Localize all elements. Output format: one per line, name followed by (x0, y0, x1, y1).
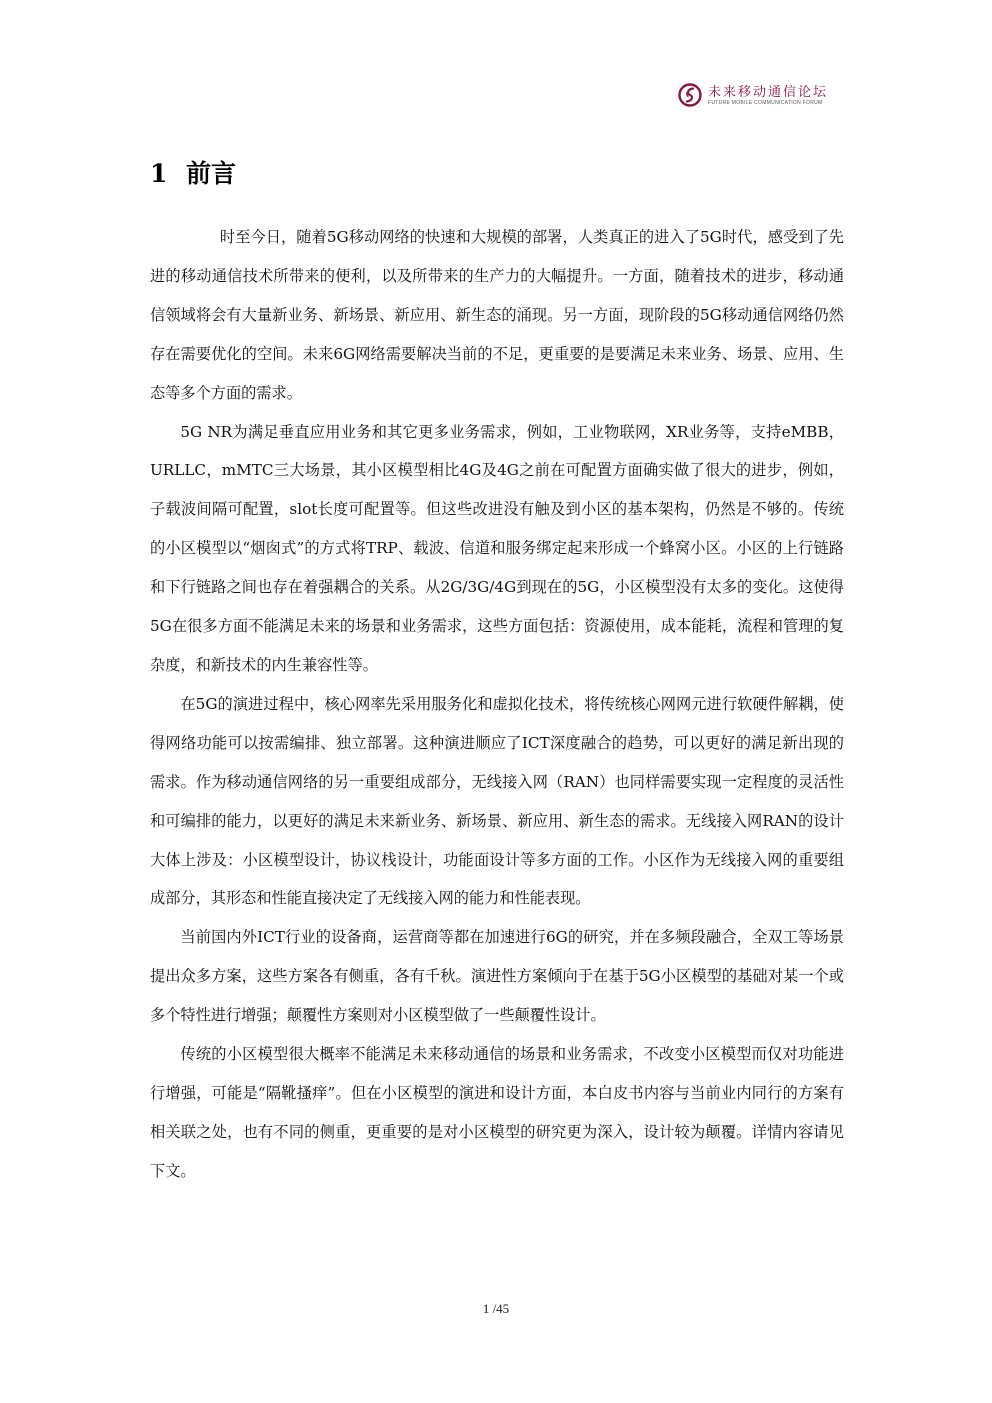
logo-text: 未来移动通信论坛 Future Mobile Communication For… (708, 85, 828, 106)
section-number: 1 (150, 156, 186, 192)
header-logo: 未来移动通信论坛 Future Mobile Communication For… (678, 80, 828, 110)
paragraph: 5G NR为满足垂直应用业务和其它更多业务需求，例如，工业物联网，XR业务等，支… (150, 413, 844, 685)
section-heading: 1前言 (150, 156, 236, 192)
body-content: 时至今日，随着5G移动网络的快速和大规模的部署，人类真正的进入了5G时代，感受到… (150, 218, 844, 1191)
section-title: 前言 (186, 159, 236, 188)
paragraph: 时至今日，随着5G移动网络的快速和大规模的部署，人类真正的进入了5G时代，感受到… (150, 218, 844, 413)
forum-logo-icon (678, 83, 702, 107)
document-page: 未来移动通信论坛 Future Mobile Communication For… (0, 0, 992, 1403)
logo-english-name: Future Mobile Communication Forum (708, 100, 828, 106)
page-number: 1 /45 (0, 1301, 992, 1317)
paragraph: 传统的小区模型很大概率不能满足未来移动通信的场景和业务需求，不改变小区模型而仅对… (150, 1035, 844, 1191)
paragraph: 当前国内外ICT行业的设备商，运营商等都在加速进行6G的研究，并在多频段融合，全… (150, 918, 844, 1035)
logo-chinese-name: 未来移动通信论坛 (708, 85, 828, 100)
paragraph: 在5G的演进过程中，核心网率先采用服务化和虚拟化技术，将传统核心网网元进行软硬件… (150, 685, 844, 918)
